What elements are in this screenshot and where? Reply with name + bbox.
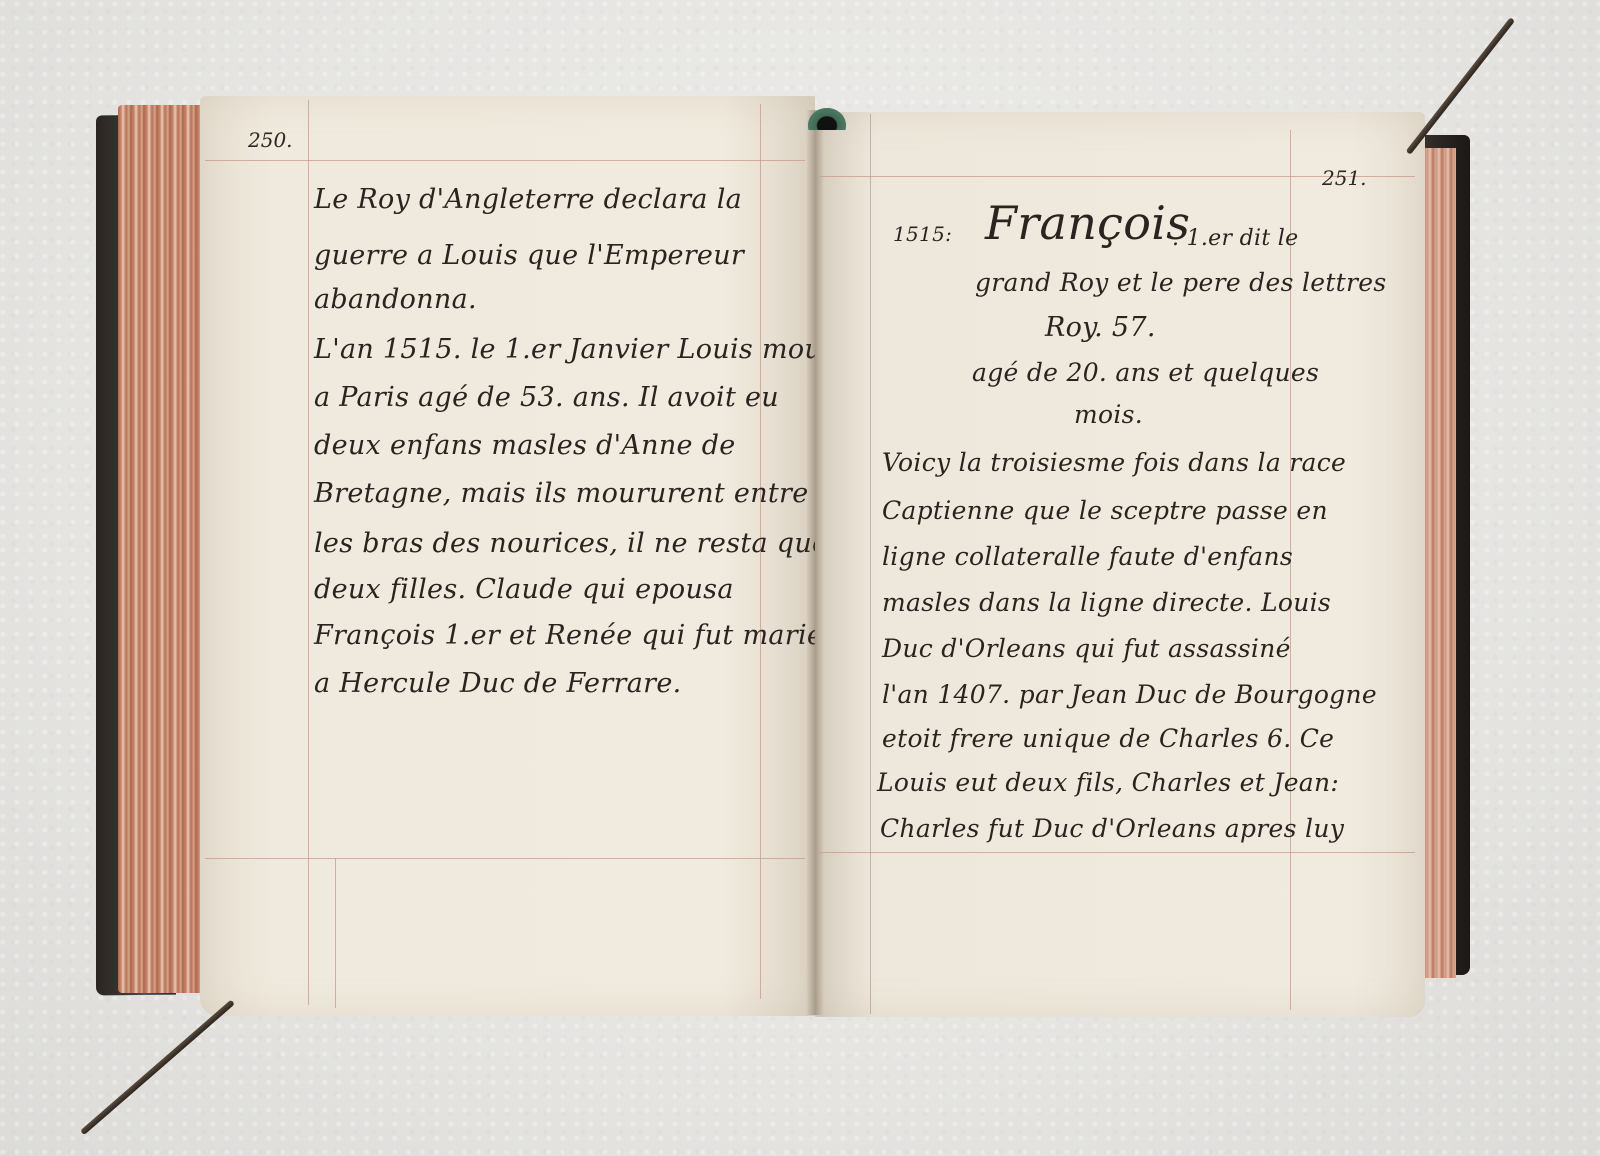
text-line: Le Roy d'Angleterre declara la: [314, 184, 742, 215]
text-line: a Paris agé de 53. ans. Il avoit eu: [314, 382, 779, 413]
title-suffix: . 1.er dit le: [1172, 226, 1298, 251]
text-line: Duc d'Orleans qui fut assassiné: [882, 634, 1291, 663]
book-gutter: [806, 110, 824, 1015]
right-page-number: 251.: [1322, 166, 1367, 190]
right-bottom-rule: [820, 852, 1415, 853]
ribbon-bookmark: [808, 108, 846, 130]
open-manuscript-book: 250. Le Roy d'Angleterre declara la guer…: [0, 0, 1600, 1156]
text-line: Bretagne, mais ils moururent entre: [314, 478, 809, 509]
text-line: Louis eut deux fils, Charles et Jean:: [877, 768, 1339, 797]
king-name-title: François: [985, 196, 1190, 250]
text-line: l'an 1407. par Jean Duc de Bourgogne: [882, 680, 1377, 709]
left-page-edges: [118, 105, 210, 993]
text-line: Charles fut Duc d'Orleans apres luy: [880, 814, 1344, 843]
left-margin-rule-vertical: [308, 100, 309, 1005]
left-bottom-inner-rule: [335, 858, 336, 1008]
text-line: les bras des nourices, il ne resta que: [314, 528, 828, 559]
reign-year: 1515:: [893, 222, 952, 246]
heading-line: agé de 20. ans et quelques: [972, 358, 1319, 387]
left-bottom-rule: [205, 858, 805, 859]
text-line: deux filles. Claude qui epousa: [314, 574, 734, 605]
heading-line: Roy. 57.: [1045, 312, 1156, 343]
right-margin-rule-vertical: [870, 114, 871, 1014]
left-top-rule: [205, 160, 805, 161]
text-line: deux enfans masles d'Anne de: [314, 430, 736, 461]
text-line: a Hercule Duc de Ferrare.: [314, 668, 682, 699]
left-page-number: 250.: [248, 128, 293, 152]
text-line: François 1.er et Renée qui fut mariée: [314, 620, 839, 651]
text-line: abandonna.: [314, 284, 477, 315]
text-line: L'an 1515. le 1.er Janvier Louis mourut: [314, 334, 864, 365]
text-line: etoit frere unique de Charles 6. Ce: [882, 724, 1334, 753]
heading-line: grand Roy et le pere des lettres: [975, 268, 1387, 297]
text-line: Voicy la troisiesme fois dans la race: [882, 448, 1346, 477]
holding-rod-bottom-left: [80, 1000, 235, 1136]
text-line: Captienne que le sceptre passe en: [882, 496, 1328, 525]
text-line: ligne collateralle faute d'enfans: [882, 542, 1293, 571]
text-line: guerre a Louis que l'Empereur: [314, 240, 744, 271]
heading-line: mois.: [1074, 400, 1143, 429]
text-line: masles dans la ligne directe. Louis: [882, 588, 1331, 617]
